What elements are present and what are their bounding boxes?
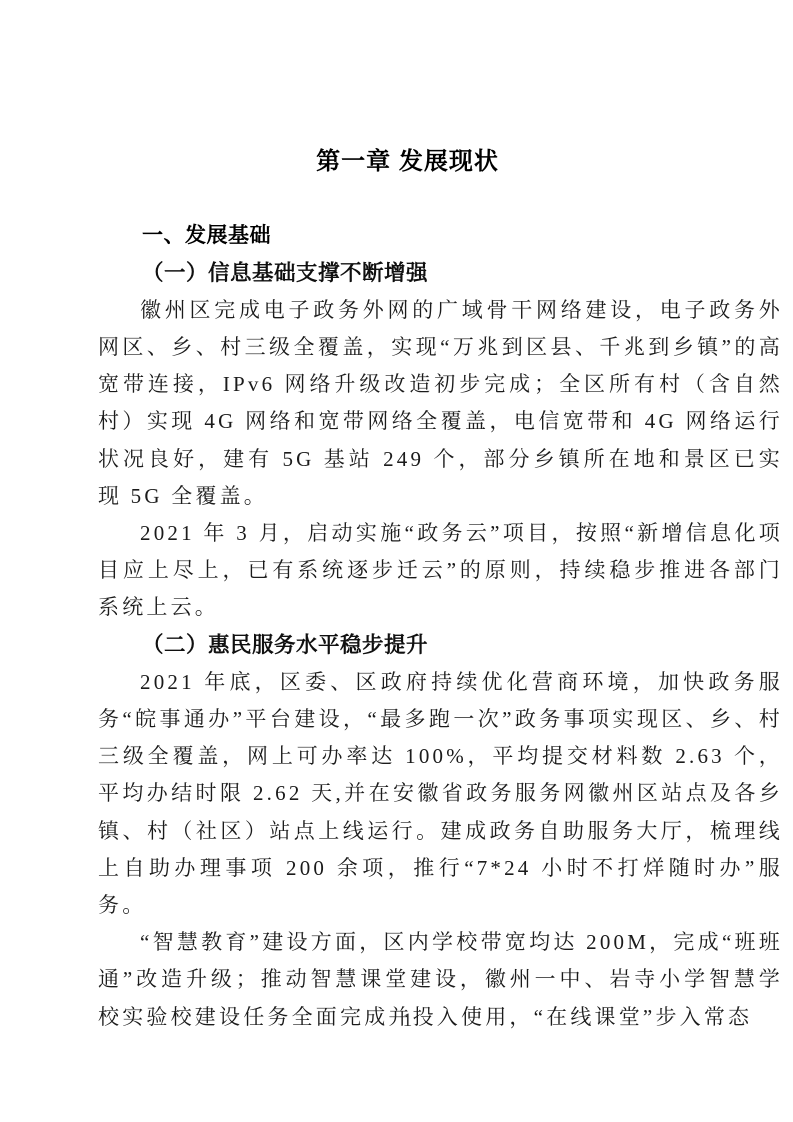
paragraph-2: 2021 年 3 月，启动实施“政务云”项目，按照“新增信息化项目应上尽上，已有… xyxy=(98,515,783,627)
document-page: 第一章 发展现状 一、发展基础 （一）信息基础支撑不断增强 徽州区完成电子政务外… xyxy=(0,0,793,1122)
paragraph-3: 2021 年底，区委、区政府持续优化营商环境，加快政务服务“皖事通办”平台建设，… xyxy=(98,664,783,924)
subsection-heading-2: （二）惠民服务水平稳步提升 xyxy=(98,627,783,664)
page-content: 第一章 发展现状 一、发展基础 （一）信息基础支撑不断增强 徽州区完成电子政务外… xyxy=(98,143,783,1036)
paragraph-1: 徽州区完成电子政务外网的广域骨干网络建设，电子政务外网区、乡、村三级全覆盖，实现… xyxy=(98,292,783,515)
section-heading: 一、发展基础 xyxy=(98,217,783,254)
spacer xyxy=(98,180,783,217)
page-number: 1 xyxy=(98,1010,717,1032)
subsection-heading-1: （一）信息基础支撑不断增强 xyxy=(98,255,783,292)
chapter-title: 第一章 发展现状 xyxy=(98,143,783,180)
